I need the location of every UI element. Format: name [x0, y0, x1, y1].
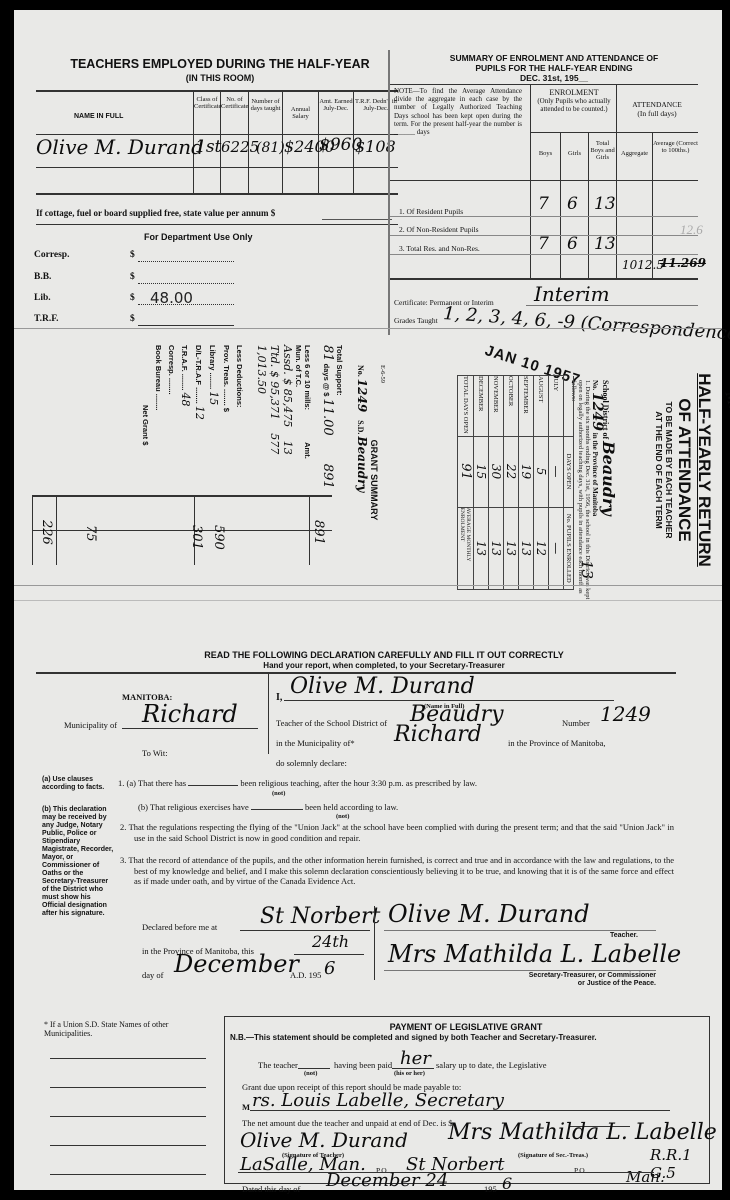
col-boys: Boys — [531, 150, 560, 157]
union-note: * If a Union S.D. State Names of other M… — [44, 1020, 216, 1038]
col-aggregate: Aggregate — [617, 150, 652, 157]
row-boys: 7 — [538, 194, 549, 214]
deduction-label: Corresp. — [167, 345, 176, 376]
not-caption: (not) — [304, 1070, 317, 1077]
deduction-label: D/L-T.R.A.F — [194, 345, 203, 385]
payment-title: PAYMENT OF LEGISLATIVE GRANT — [224, 1022, 708, 1032]
month-label: SEPTEMBER — [519, 376, 534, 437]
teacher-name: Olive M. Durand — [36, 135, 204, 159]
aggregate-total: 1012.5 — [622, 258, 664, 272]
deductions-total-box: 301 — [189, 525, 204, 550]
day-of-label: day of — [142, 970, 163, 980]
i-label: I, — [276, 692, 282, 703]
side-note-b: (b) This declaration may be received by … — [42, 806, 114, 918]
his-her-value: her — [400, 1048, 431, 1069]
month-label: DECEMBER — [474, 376, 489, 437]
teacher-class: 1st — [195, 137, 221, 157]
year-digit: 6 — [324, 958, 335, 979]
row-girls: 6 — [567, 194, 578, 214]
payee: rs. Louis Labelle, Secretary — [252, 1090, 504, 1111]
secretary-signature: Mrs Mathilda L. Labelle — [388, 940, 681, 968]
deduction-label: Prov. Treas. — [222, 345, 231, 387]
month-days: 30 — [489, 436, 504, 507]
ad-label: A.D. 195 — [290, 970, 321, 980]
clause-1a: 1. (a) That there has been religious tea… — [118, 778, 477, 788]
month-row: DECEMBER 15 13 — [474, 376, 489, 590]
his-her-caption: (his or her) — [394, 1070, 425, 1077]
col-trf: T.R.F. Dedn's in July-Dec. — [354, 98, 398, 112]
assessment-1: Assd. $ 85,475 — [281, 345, 294, 427]
month-row: OCTOBER 22 13 — [504, 376, 519, 590]
col-annual-salary: Annual Salary — [283, 106, 318, 120]
row-boys: 7 — [538, 234, 549, 254]
support-amount-box: 891 — [311, 520, 326, 545]
secretary-caption-line1: Secretary-Treasurer, or Commissioner — [474, 972, 656, 980]
summary-title-line3: DEC. 31st, 195__ — [404, 73, 704, 83]
net-grant-value: 226 — [39, 520, 54, 545]
secretary-po-label: P.O. — [574, 1166, 587, 1175]
deduction-row: Library ........ 15 — [206, 345, 220, 595]
row-girls: 6 — [567, 234, 578, 254]
grant-sd-label: S.D. — [356, 420, 365, 434]
teacher-cert-no: 6225 — [221, 138, 259, 156]
lib-value: 48.00 — [150, 289, 193, 307]
clause-1a-caption: (not) — [272, 790, 285, 797]
col-average: Average (Correct to 100ths.) — [653, 140, 698, 154]
payee-prefix: M — [242, 1102, 250, 1112]
month-row: JULY — — — [549, 376, 564, 590]
cottage-note: If cottage, fuel or board supplied free,… — [36, 208, 275, 218]
to-wit-label: To Wit: — [142, 748, 168, 758]
number-label: Number — [562, 718, 590, 728]
deduction-value: 48 — [179, 393, 192, 407]
dept-item-label: Corresp. — [34, 250, 69, 260]
col-pupils-enrolled: No. PUPILS ENROLLED — [564, 507, 574, 590]
subtotal-box: 590 — [211, 525, 226, 550]
assessment-2: Ttd. $ 95,371 — [268, 345, 281, 420]
clause-1b: (b) That religious exercises have been h… — [138, 802, 398, 812]
clause-2: 2. That the regulations respecting the f… — [120, 822, 674, 843]
dated-value: December 24 — [326, 1170, 448, 1191]
month-pupils: 13 — [504, 507, 519, 590]
margin-note: Mrs Durand Richet — [722, 390, 730, 516]
deduction-row: Prov. Treas. ........ $ — [220, 345, 233, 595]
col-total: Total Boys and Girls — [589, 140, 616, 161]
monthly-attendance-table: DAYS OPEN No. PUPILS ENROLLED JULY — — A… — [457, 375, 574, 590]
municipality-value-2: Richard — [394, 722, 482, 747]
deduction-row: T.R.A.F. ........ 48 — [178, 345, 192, 595]
month-value: December — [174, 950, 299, 978]
day-value: 24th — [312, 932, 349, 951]
deductions-sum-box: 75 — [83, 525, 98, 542]
dept-use-title: For Department Use Only — [144, 232, 253, 242]
avg-enrolment-label: AVERAGE MONTHLY ENROLMENT — [458, 507, 474, 590]
grades-label: Grades Taught — [394, 316, 438, 325]
row-average: 12.6 — [680, 222, 703, 238]
deductions-block: Less Deductions: Prov. Treas. ........ $… — [139, 345, 246, 595]
attendance-header: ATTENDANCE (In full days) — [617, 100, 697, 118]
clause-3: 3. That the record of attendance of the … — [120, 855, 674, 887]
in-municipality-label: in the Municipality of* — [276, 738, 355, 748]
year-prefix: 195 — [484, 1184, 497, 1194]
half-yearly-title: HALF-YEARLY RETURN — [694, 350, 714, 590]
enrolment-header: ENROLMENT (Only Pupils who actually atte… — [532, 88, 616, 113]
sub-amount: 577 — [268, 433, 281, 454]
col-days-open: DAYS OPEN — [564, 436, 574, 507]
attendance-title: ATTENDANCE — [617, 100, 697, 109]
assessment-total: 1,013.50 — [255, 345, 268, 595]
total-days-value: 91 — [458, 436, 474, 507]
district-number-label: No. — [591, 380, 599, 390]
half-yearly-title-block: HALF-YEARLY RETURN OF ATTENDANCE TO BE M… — [654, 350, 714, 590]
grant-no-value: 1249 — [355, 379, 369, 412]
district-province: in the Province of Manitoba — [591, 433, 599, 516]
month-label: OCTOBER — [504, 376, 519, 437]
declaration-subtitle: Hand your report, when completed, to you… — [74, 661, 694, 670]
payment-secretary-caption: (Signature of Sec.-Treas.) — [518, 1152, 588, 1159]
col-amt-earned: Amt. Earned July-Dec. — [319, 98, 353, 112]
attendance-sub: (In full days) — [617, 109, 697, 118]
total-days-label: TOTAL DAYS OPEN — [458, 376, 474, 437]
clause-1a-pre: 1. (a) That there has — [118, 778, 186, 788]
dept-item-label: Lib. — [34, 293, 51, 303]
deduction-label: Library — [208, 345, 217, 370]
teachers-subtitle: (IN THIS ROOM) — [50, 73, 390, 83]
clause-1b-post: been held according to law. — [305, 802, 398, 812]
payment-nb: N.B.—This statement should be completed … — [230, 1033, 726, 1043]
month-row: AUGUST 5 12 — [534, 376, 549, 590]
row-label: 2. Of Non-Resident Pupils — [399, 225, 479, 234]
declared-place: St Norbert — [260, 904, 380, 929]
district-value: Beaudry — [599, 441, 618, 516]
half-yearly-instruction-2: AT THE END OF EACH TERM — [654, 350, 664, 590]
clause-1b-pre: (b) That religious exercises have — [138, 802, 249, 812]
payment-teacher-signature: Olive M. Durand — [240, 1128, 408, 1152]
teacher-days: (81) — [256, 140, 285, 156]
declaration-number-value: 1249 — [600, 702, 651, 726]
col-days-taught: Number of days taught — [249, 98, 282, 112]
enrolment-sub: (Only Pupils who actually attended to be… — [532, 97, 616, 113]
row-total: 13 — [594, 194, 616, 214]
province-text: in the Province of Manitoba, — [508, 738, 606, 748]
mun-label: Mun. of T.C. — [294, 345, 303, 595]
row-total: 13 — [594, 234, 616, 254]
support-days-label: days @ $ — [322, 364, 331, 397]
month-pupils: 12 — [534, 507, 549, 590]
net-grant-label: Net Grant $ — [141, 405, 150, 445]
month-pupils: 13 — [489, 507, 504, 590]
deduction-value: 15 — [207, 391, 220, 405]
row-label: 3. Total Res. and Non-Res. — [399, 244, 480, 253]
clause-1a-post: been religious teaching, after the hour … — [240, 778, 477, 788]
secretary-po-suffix: Man. — [626, 1168, 665, 1186]
month-days: 5 — [534, 436, 549, 507]
month-pupils: — — [549, 507, 564, 590]
deduction-label: T.R.A.F. — [180, 345, 189, 372]
dept-item-label: T.R.F. — [34, 314, 59, 324]
month-days: 22 — [504, 436, 519, 507]
avg-enrolment-value: 13 — [578, 560, 596, 579]
deduction-value: 12 — [193, 406, 206, 420]
month-pupils: 13 — [519, 507, 534, 590]
half-yearly-subtitle: OF ATTENDANCE — [674, 350, 694, 590]
secretary-caption-line2: or Justice of the Peace. — [474, 980, 656, 988]
payment-year-digit: 6 — [502, 1174, 512, 1193]
grant-no-label: No. — [356, 365, 365, 377]
deduction-label: Book Bureau — [154, 345, 163, 392]
month-pupils: 13 — [474, 507, 489, 590]
half-yearly-instruction-1: TO BE MADE BY EACH TEACHER — [664, 350, 674, 590]
dated-label: Dated this day of — [242, 1184, 300, 1194]
month-row: SEPTEMBER 19 13 — [519, 376, 534, 590]
grant-summary-body: Total Support: 81 days @ $ 11.00 891 Les… — [255, 345, 344, 595]
deductions-label: Less Deductions: — [233, 345, 246, 595]
deduction-row: Book Bureau ........ — [152, 345, 165, 595]
form-code: E-6-59 — [379, 365, 386, 595]
declarant-name: Olive M. Durand — [290, 674, 475, 699]
declare-text: do solemnly declare: — [276, 758, 347, 768]
month-days: — — [549, 436, 564, 507]
total-support-label: Total Support: — [335, 345, 344, 595]
municipality-value: Richard — [142, 700, 238, 728]
summary-title-line2: PUPILS FOR THE HALF-YEAR ENDING — [404, 63, 704, 73]
mills-amount: 13 — [281, 441, 294, 455]
average-total: 11.269 — [660, 256, 706, 270]
less-mills-label: Less 6 or 10 mills: — [303, 345, 312, 410]
month-row: NOVEMBER 30 13 — [489, 376, 504, 590]
teacher-pre: The teacher — [258, 1060, 298, 1070]
month-days: 19 — [519, 436, 534, 507]
support-rate: 11.00 — [320, 398, 335, 435]
district-number-value: 1249 — [589, 392, 605, 431]
teacher-caption: Teacher. — [610, 932, 638, 939]
grades-value: 1, 2, 3, 4, 6, -9 (Correspondence) — [443, 303, 730, 345]
clause-1b-caption: (not) — [336, 813, 349, 820]
payment-secretary-signature: Mrs Mathilda L. Labelle — [448, 1120, 717, 1145]
month-label: JULY — [549, 376, 564, 437]
certificate-value: Interim — [534, 282, 610, 306]
month-days: 15 — [474, 436, 489, 507]
month-label: AUGUST — [534, 376, 549, 437]
having-paid: having been paid — [334, 1060, 392, 1070]
municipality-label: Municipality of — [64, 720, 117, 730]
col-name-in-full: NAME IN FULL — [74, 113, 123, 120]
declaration-title: READ THE FOLLOWING DECLARATION CAREFULLY… — [74, 650, 694, 660]
total-row: TOTAL DAYS OPEN 91 AVERAGE MONTHLY ENROL… — [458, 376, 474, 590]
teacher-signature: Olive M. Durand — [388, 900, 590, 928]
amount-column-label: Amt. — [303, 442, 312, 459]
teachers-title: TEACHERS EMPLOYED DURING THE HALF-YEAR — [50, 57, 390, 71]
dept-item-label: B.B. — [34, 272, 51, 282]
support-amount: 891 — [320, 464, 335, 489]
grant-summary-header: E-6-59 GRANT SUMMARY No. 1249 S.D. Beaud… — [355, 365, 386, 595]
declared-label: Declared before me at — [142, 922, 217, 932]
document-page: TEACHERS EMPLOYED DURING THE HALF-YEAR (… — [14, 10, 722, 1190]
secretary-caption: Secretary-Treasurer, or Commissioner or … — [474, 972, 656, 988]
net-amount-text: The net amount due the teacher and unpai… — [242, 1118, 453, 1128]
row-label: 1. Of Resident Pupils — [399, 207, 463, 216]
grant-summary-title: GRANT SUMMARY — [369, 365, 379, 595]
enrolment-title: ENROLMENT — [532, 88, 616, 97]
summary-note: NOTE—To find the Average Attendance divi… — [394, 87, 522, 136]
support-days: 81 — [320, 345, 335, 362]
grant-sd-value: Beaudry — [355, 436, 369, 492]
salary-text: salary up to date, the Legislative — [436, 1060, 546, 1070]
summary-title: SUMMARY OF ENROLMENT AND ATTENDANCE OF P… — [404, 53, 704, 83]
deduction-row: Corresp. ........ — [165, 345, 178, 595]
col-class: Class of Certificate — [194, 96, 220, 110]
side-note-a: (a) Use clauses according to facts. — [42, 776, 114, 792]
col-girls: Girls — [561, 150, 588, 157]
month-label: NOVEMBER — [489, 376, 504, 437]
district-text: Teacher of the School District of — [276, 718, 387, 728]
summary-title-line1: SUMMARY OF ENROLMENT AND ATTENDANCE OF — [404, 53, 704, 63]
col-cert-no: No. of Certificate — [221, 96, 248, 110]
